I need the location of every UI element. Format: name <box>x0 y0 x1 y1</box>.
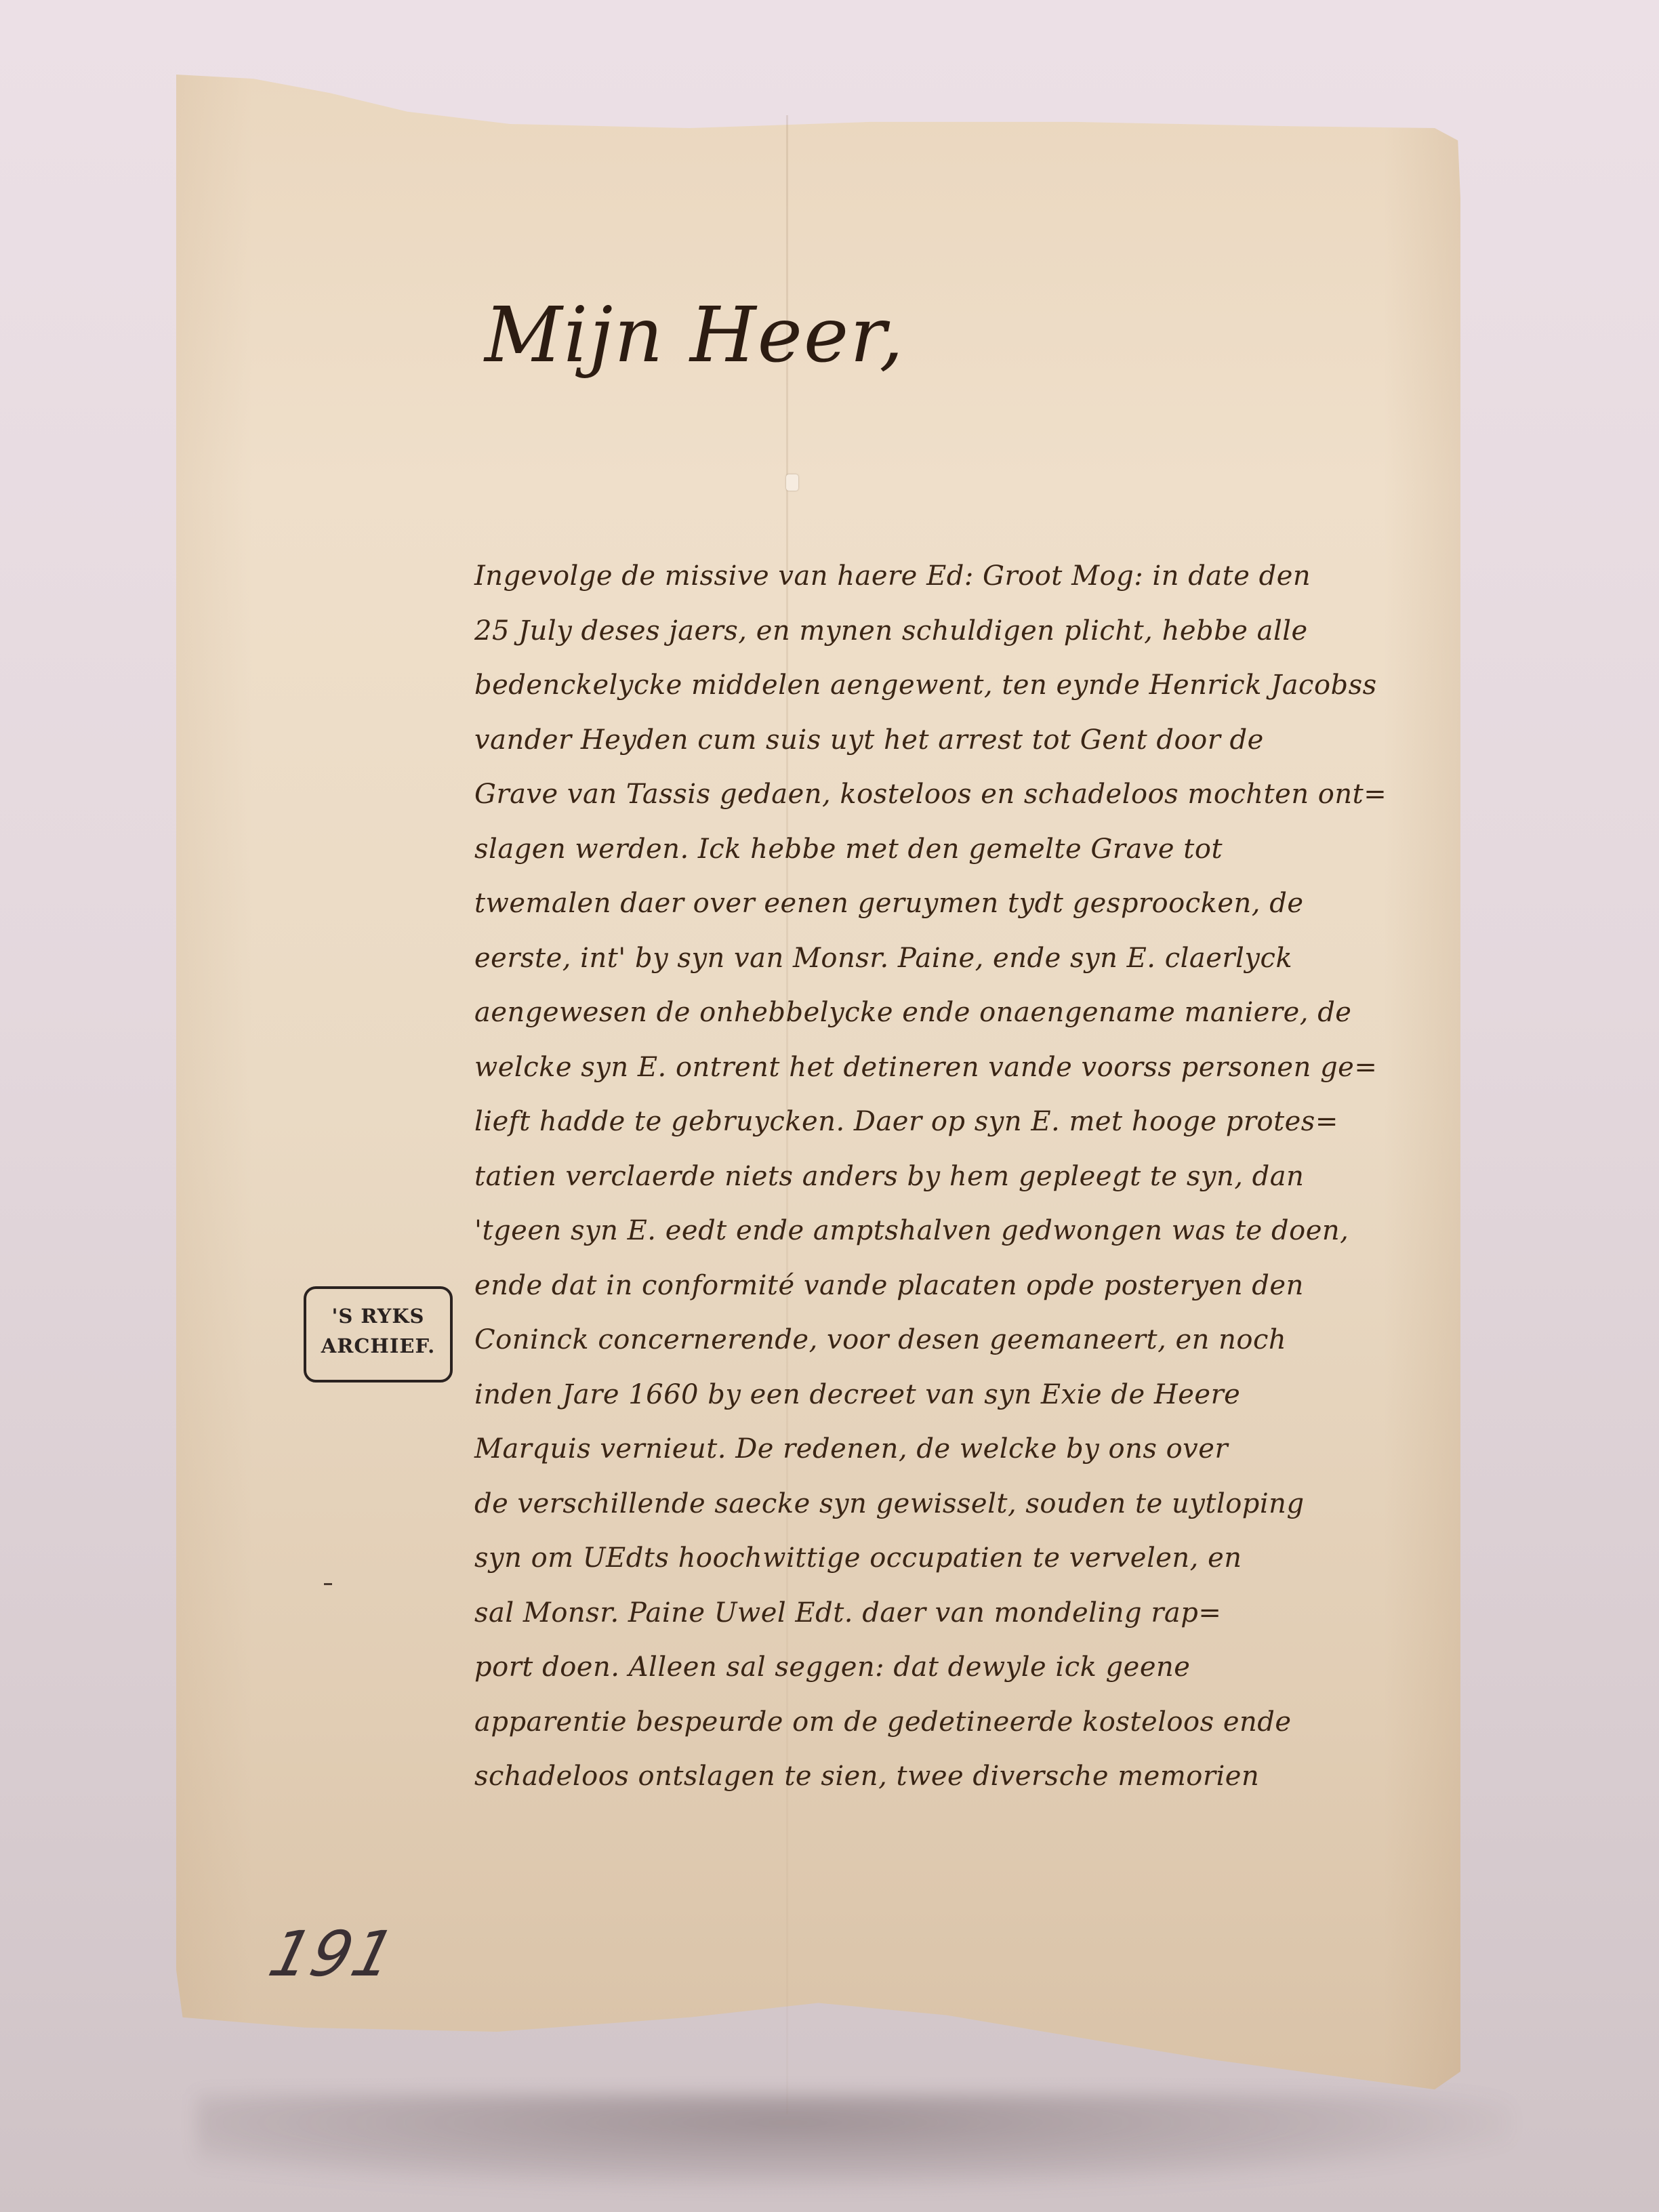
letter-line: Grave van Tassis gedaen, kosteloos en sc… <box>474 767 1450 822</box>
letter-line: aengewesen de onhebbelycke ende onaengen… <box>474 985 1450 1040</box>
letter-line: welcke syn E. ontrent het detineren vand… <box>474 1040 1450 1095</box>
letter-line: 25 July deses jaers, en mynen schuldigen… <box>474 604 1450 659</box>
paper-fleck <box>786 474 798 491</box>
letter-line: vander Heyden cum suis uyt het arrest to… <box>474 713 1450 768</box>
letter-line: inden Jare 1660 by een decreet van syn E… <box>474 1368 1450 1422</box>
letter-line: eerste, int' by syn van Monsr. Paine, en… <box>474 931 1450 986</box>
stamp-line-1: 'S RYKS <box>310 1301 446 1331</box>
letter-line: Coninck concernerende, voor desen geeman… <box>474 1313 1450 1368</box>
letter-line: ende dat in conformité vande placaten op… <box>474 1258 1450 1313</box>
paper-shadow <box>197 2094 1511 2189</box>
salutation: Mijn Heer, <box>485 291 905 380</box>
margin-mark <box>324 1583 332 1585</box>
letter-line: Marquis vernieut. De redenen, de welcke … <box>474 1422 1450 1477</box>
letter-body: Ingevolge de missive van haere Ed: Groot… <box>474 549 1450 1804</box>
letter-line: sal Monsr. Paine Uwel Edt. daer van mond… <box>474 1586 1450 1641</box>
letter-line: tatien verclaerde niets anders by hem ge… <box>474 1149 1450 1204</box>
letter-line: twemalen daer over eenen geruymen tydt g… <box>474 876 1450 931</box>
folio-number: 191 <box>262 1918 403 1990</box>
letter-line: 'tgeen syn E. eedt ende amptshalven gedw… <box>474 1204 1450 1258</box>
letter-line: lieft hadde te gebruycken. Daer op syn E… <box>474 1094 1450 1149</box>
letter-line: schadeloos ontslagen te sien, twee diver… <box>474 1749 1450 1804</box>
letter-line: slagen werden. Ick hebbe met den gemelte… <box>474 822 1450 877</box>
letter-line: de verschillende saecke syn gewisselt, s… <box>474 1477 1450 1532</box>
letter-line: bedenckelycke middelen aengewent, ten ey… <box>474 658 1450 713</box>
letter-line: port doen. Alleen sal seggen: dat dewyle… <box>474 1640 1450 1695</box>
archive-stamp: 'S RYKS ARCHIEF. <box>304 1286 453 1382</box>
letter-line: Ingevolge de missive van haere Ed: Groot… <box>474 549 1450 604</box>
stamp-line-2: ARCHIEF. <box>310 1331 446 1361</box>
letter-line: syn om UEdts hoochwittige occupatien te … <box>474 1531 1450 1586</box>
letter-line: apparentie bespeurde om de gedetineerde … <box>474 1695 1450 1750</box>
